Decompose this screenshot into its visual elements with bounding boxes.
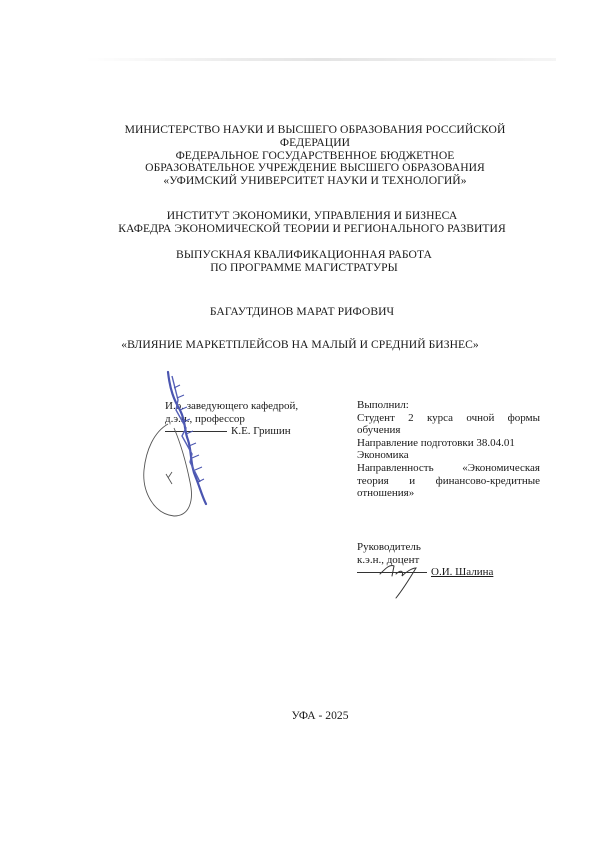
performer-line: Направление подготовки 38.04.01 bbox=[357, 437, 540, 450]
department-line: КАФЕДРА ЭКОНОМИЧЕСКОЙ ТЕОРИИ И РЕГИОНАЛЬ… bbox=[22, 223, 595, 236]
supervisor-name: О.И. Шалина bbox=[431, 566, 493, 578]
performer-line: обучения bbox=[357, 424, 540, 437]
header-line: МИНИСТЕРСТВО НАУКИ И ВЫСШЕГО ОБРАЗОВАНИЯ… bbox=[30, 124, 595, 137]
approval-signer: К.Е. Гришин bbox=[231, 425, 291, 437]
institute-header: ИНСТИТУТ ЭКОНОМИКИ, УПРАВЛЕНИЯ И БИЗНЕСА… bbox=[22, 210, 595, 236]
performer-block: Выполнил: Студент 2 курса очной формы об… bbox=[357, 399, 540, 500]
header-line: «УФИМСКИЙ УНИВЕРСИТЕТ НАУКИ И ТЕХНОЛОГИЙ… bbox=[30, 175, 595, 188]
performer-line: теория и финансово-кредитные bbox=[357, 475, 540, 488]
performer-line: Студент 2 курса очной формы bbox=[357, 412, 540, 425]
supervisor-label: Руководитель bbox=[357, 541, 547, 554]
work-type-line: ВЫПУСКНАЯ КВАЛИФИКАЦИОННАЯ РАБОТА bbox=[24, 249, 584, 262]
performer-label: Выполнил: bbox=[357, 399, 540, 412]
work-type-line: ПО ПРОГРАММЕ МАГИСТРАТУРЫ bbox=[24, 262, 584, 275]
performer-line: Экономика bbox=[357, 449, 540, 462]
city-year: УФА - 2025 bbox=[0, 709, 595, 722]
institute-line: ИНСТИТУТ ЭКОНОМИКИ, УПРАВЛЕНИЯ И БИЗНЕСА bbox=[22, 210, 595, 223]
supervisor-signature-icon bbox=[376, 560, 436, 600]
ministry-header: МИНИСТЕРСТВО НАУКИ И ВЫСШЕГО ОБРАЗОВАНИЯ… bbox=[30, 124, 595, 188]
pencil-loop-icon bbox=[140, 420, 210, 520]
scan-edge bbox=[86, 58, 556, 61]
performer-line: Направленность «Экономическая bbox=[357, 462, 540, 475]
title-page: МИНИСТЕРСТВО НАУКИ И ВЫСШЕГО ОБРАЗОВАНИЯ… bbox=[0, 0, 595, 842]
header-line: ФЕДЕРАЦИИ bbox=[30, 137, 595, 150]
thesis-title: «ВЛИЯНИЕ МАРКЕТПЛЕЙСОВ НА МАЛЫЙ И СРЕДНИ… bbox=[20, 339, 580, 352]
work-type: ВЫПУСКНАЯ КВАЛИФИКАЦИОННАЯ РАБОТА ПО ПРО… bbox=[24, 249, 584, 275]
author-name: БАГАУТДИНОВ МАРАТ РИФОВИЧ bbox=[22, 306, 582, 319]
performer-line: отношения» bbox=[357, 487, 540, 500]
